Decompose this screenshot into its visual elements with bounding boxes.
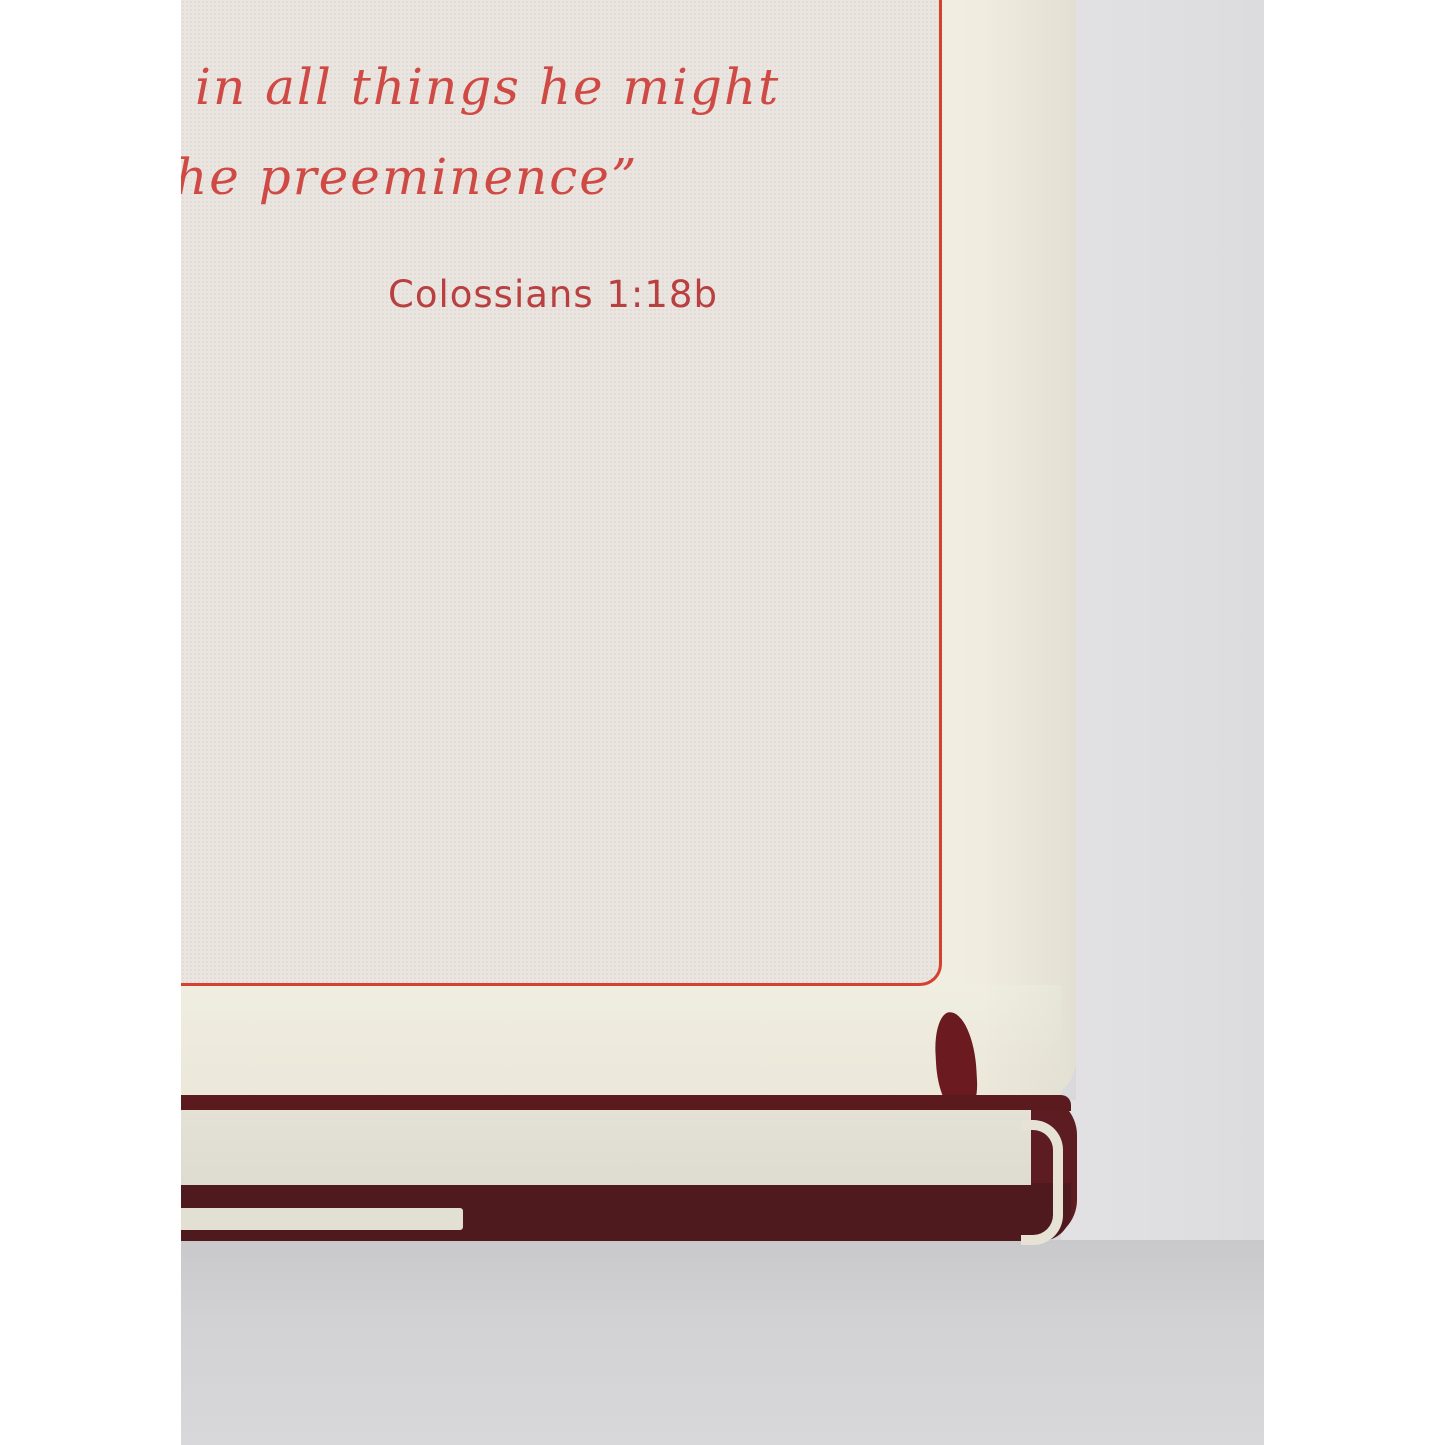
page-block (181, 1110, 1031, 1185)
jacket-bottom-margin (181, 985, 1061, 1097)
printed-panel: t in all things he might the preeminence… (181, 0, 942, 986)
quote-line-1: t in all things he might (181, 58, 780, 116)
bookmark-ribbon (181, 1208, 463, 1230)
background-wall (1061, 0, 1264, 1240)
table-surface (181, 1240, 1264, 1445)
scripture-reference: Colossians 1:18b (388, 273, 718, 316)
headband (1021, 1120, 1063, 1245)
quote-line-2: the preeminence” (181, 148, 638, 206)
jacket-fold-shade (981, 0, 1076, 1100)
dust-jacket: t in all things he might the preeminence… (181, 0, 1076, 1100)
cover-board-top-edge (181, 1095, 1071, 1111)
book-photo: t in all things he might the preeminence… (181, 0, 1264, 1445)
